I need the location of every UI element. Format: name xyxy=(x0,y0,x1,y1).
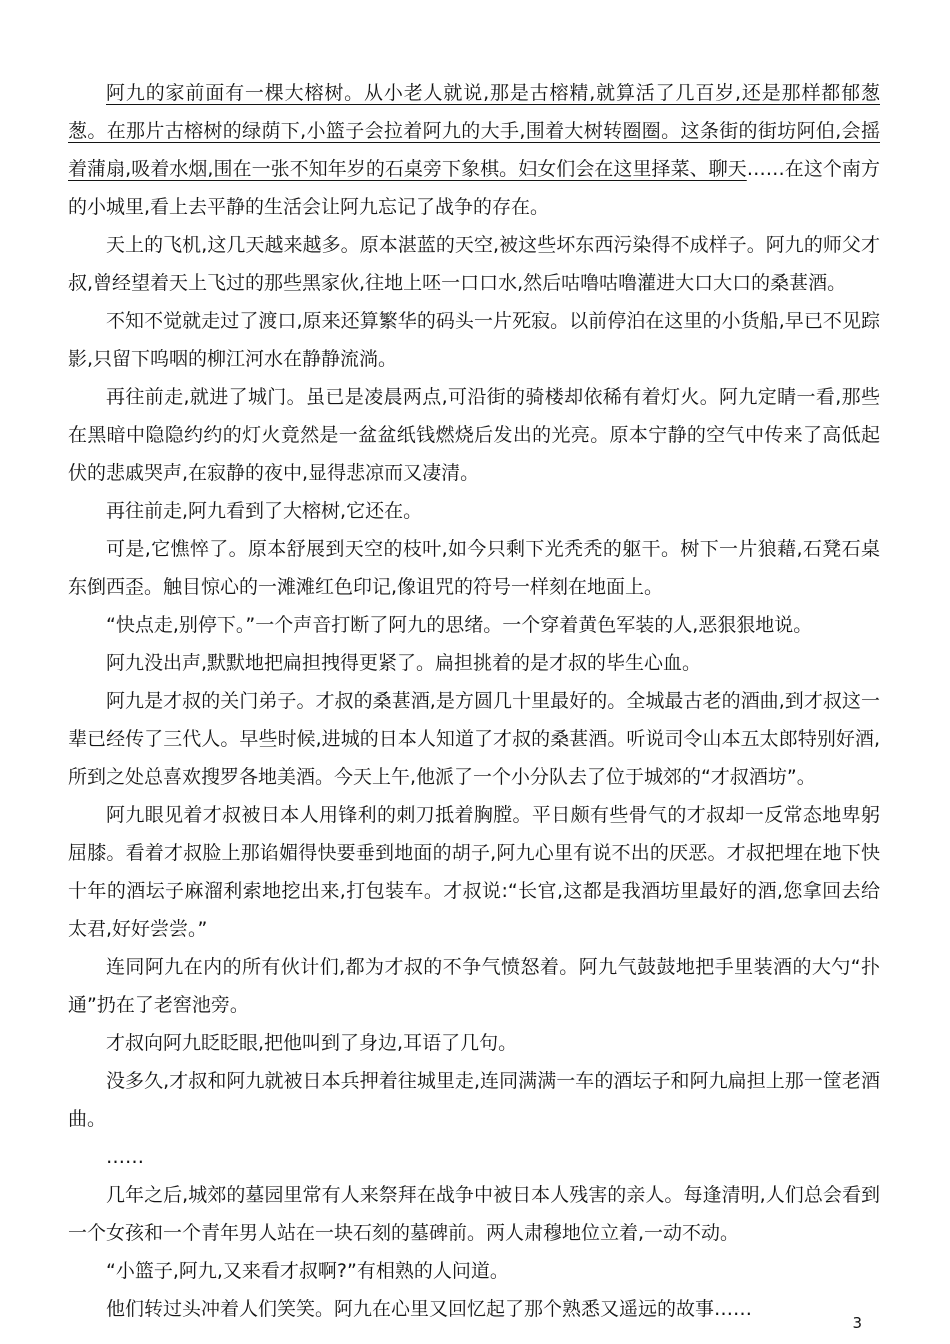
paragraph: “小篮子,阿九,又来看才叔啊?”有相熟的人问道。 xyxy=(68,1252,880,1290)
paragraph: 阿九的家前面有一棵大榕树。从小老人就说,那是古榕精,就算活了几百岁,还是那样都郁… xyxy=(68,74,880,226)
story-text-body: 阿九的家前面有一棵大榕树。从小老人就说,那是古榕精,就算活了几百岁,还是那样都郁… xyxy=(68,74,880,1328)
paragraph: 几年之后,城郊的墓园里常有人来祭拜在战争中被日本人残害的亲人。每逢清明,人们总会… xyxy=(68,1176,880,1252)
paragraph: 才叔向阿九眨眨眼,把他叫到了身边,耳语了几句。 xyxy=(68,1024,880,1062)
paragraph: 阿九没出声,默默地把扁担拽得更紧了。扁担挑着的是才叔的毕生心血。 xyxy=(68,644,880,682)
paragraph: “快点走,别停下。”一个声音打断了阿九的思绪。一个穿着黄色军装的人,恶狠狠地说。 xyxy=(68,606,880,644)
paragraph: 他们转过头冲着人们笑笑。阿九在心里又回忆起了那个熟悉又遥远的故事…… xyxy=(68,1290,880,1328)
page-number: 3 xyxy=(852,1314,862,1332)
paragraph: 没多久,才叔和阿九就被日本兵押着往城里走,连同满满一车的酒坛子和阿九扁担上那一筐… xyxy=(68,1062,880,1138)
paragraph: 连同阿九在内的所有伙计们,都为才叔的不争气愤怒着。阿九气鼓鼓地把手里装酒的大勺“… xyxy=(68,948,880,1024)
paragraph: 再往前走,阿九看到了大榕树,它还在。 xyxy=(68,492,880,530)
paragraph: 再往前走,就进了城门。虽已是凌晨两点,可沿街的骑楼却依稀有着灯火。阿九定睛一看,… xyxy=(68,378,880,492)
paragraph: 可是,它憔悴了。原本舒展到天空的枝叶,如今只剩下光秃秃的躯干。树下一片狼藉,石凳… xyxy=(68,530,880,606)
paragraph: 不知不觉就走过了渡口,原来还算繁华的码头一片死寂。以前停泊在这里的小货船,早已不… xyxy=(68,302,880,378)
paragraph: 阿九眼见着才叔被日本人用锋利的刺刀抵着胸膛。平日颇有些骨气的才叔却一反常态地卑躬… xyxy=(68,796,880,948)
document-page: 阿九的家前面有一棵大榕树。从小老人就说,那是古榕精,就算活了几百岁,还是那样都郁… xyxy=(0,0,950,1344)
paragraph: 天上的飞机,这几天越来越多。原本湛蓝的天空,被这些坏东西污染得不成样子。阿九的师… xyxy=(68,226,880,302)
paragraph-ellipsis: …… xyxy=(68,1138,880,1176)
paragraph: 阿九是才叔的关门弟子。才叔的桑葚酒,是方圆几十里最好的。全城最古老的酒曲,到才叔… xyxy=(68,682,880,796)
